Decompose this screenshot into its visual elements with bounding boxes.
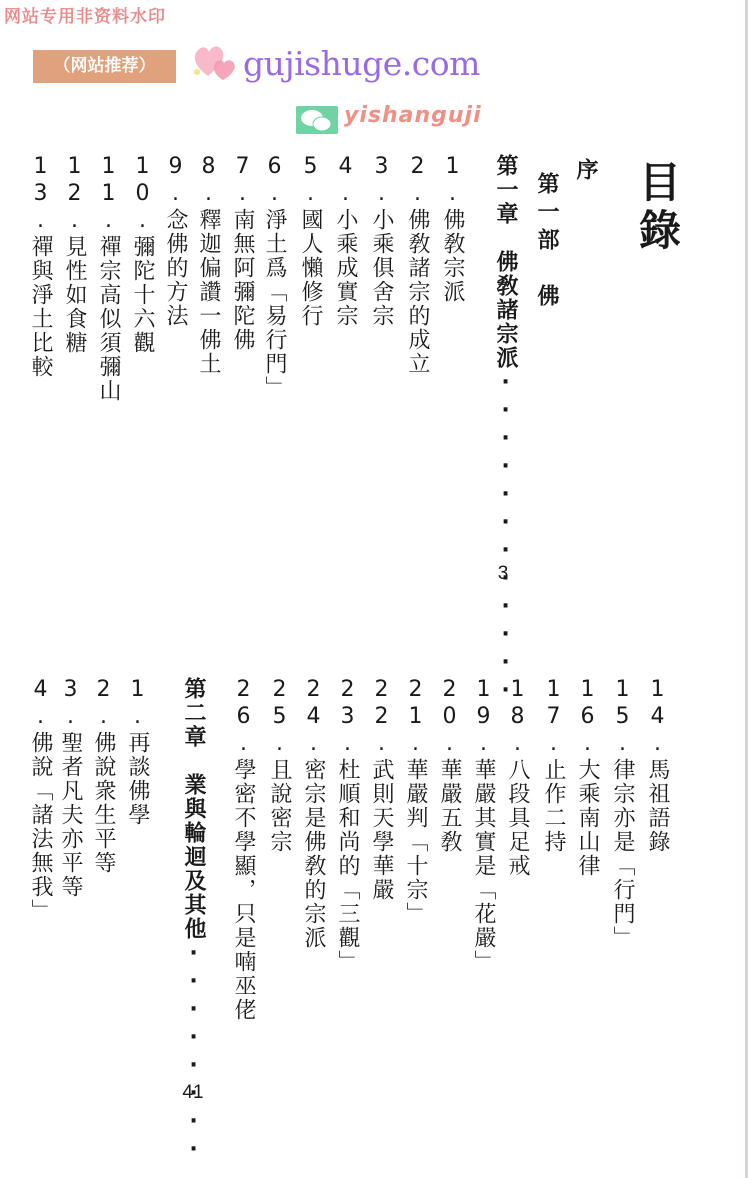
toc-item[interactable]: 14.馬祖語錄 (646, 677, 668, 854)
toc-item[interactable]: 17.止作二持 (542, 677, 564, 854)
toc-item[interactable]: 18.八段具足戒 (506, 677, 528, 878)
toc-item[interactable]: 20.華嚴五敎 (438, 677, 460, 854)
toc-item[interactable]: 16.大乘南山律 (576, 677, 598, 878)
toc-item[interactable]: 22.武則天學華嚴 (370, 677, 392, 902)
preface-entry[interactable]: 序 (574, 158, 596, 182)
toc-item[interactable]: 3.小乘俱舍宗 (370, 154, 392, 328)
leader-dots: ········ (181, 941, 206, 1165)
chapter1-page: 3 (498, 563, 509, 585)
watermark-text: 网站专用非资料水印 (4, 2, 166, 27)
toc-title: 目錄 (636, 160, 678, 256)
toc-item[interactable]: 6.淨土爲「易行門」 (263, 154, 285, 400)
hearts-icon (190, 38, 240, 82)
toc-item[interactable]: 1.再談佛學 (126, 677, 148, 827)
toc-item[interactable]: 10.彌陀十六觀 (131, 154, 153, 355)
chapter2-label: 第二章 業與輪迴及其他 (181, 677, 206, 941)
toc-item[interactable]: 5.國人懶修行 (299, 154, 321, 328)
toc-item[interactable]: 2.佛說衆生平等 (92, 677, 114, 875)
chapter1-label: 第一章 佛敎諸宗派 (493, 154, 518, 370)
chapter2-page: 41 (182, 1082, 203, 1104)
toc-item[interactable]: 9.念佛的方法 (164, 154, 186, 328)
toc-item[interactable]: 1.佛敎宗派 (441, 154, 463, 304)
toc-item[interactable]: 19.華嚴其實是「花嚴」 (472, 677, 494, 974)
recommend-badge: （网站推荐） (33, 50, 176, 83)
toc-item[interactable]: 2.佛敎諸宗的成立 (406, 154, 428, 376)
toc-item[interactable]: 4.佛說「諸法無我」 (29, 677, 51, 923)
toc-item[interactable]: 11.禪宗高似須彌山 (97, 154, 119, 403)
wechat-icon (296, 106, 338, 134)
toc-item[interactable]: 7.南無阿彌陀佛 (231, 154, 253, 352)
toc-item[interactable]: 12.見性如食糖 (63, 154, 85, 355)
toc-item[interactable]: 4.小乘成實宗 (334, 154, 356, 328)
toc-item[interactable]: 23.杜順和尚的「三觀」 (336, 677, 358, 974)
toc-item[interactable]: 25.且說密宗 (268, 677, 290, 854)
toc-item[interactable]: 21.華嚴判「十宗」 (404, 677, 426, 926)
site-link[interactable]: gujishuge.com (243, 44, 480, 83)
toc-item[interactable]: 15.律宗亦是「行門」 (611, 677, 633, 950)
leader-dots: ············ (493, 370, 518, 706)
wechat-handle: yishanguji (344, 103, 482, 128)
chapter1-heading[interactable]: 第一章 佛敎諸宗派············ (494, 154, 516, 706)
toc-item[interactable]: 3.聖者凡夫亦平等 (59, 677, 81, 899)
toc-item[interactable]: 26.學密不學顯，只是喃巫佬 (232, 677, 254, 1022)
toc-item[interactable]: 13.禪與淨土比較 (29, 154, 51, 379)
part1-heading: 第一部 佛 (535, 172, 557, 312)
toc-item[interactable]: 8.釋迦偏讚一佛土 (197, 154, 219, 376)
toc-item[interactable]: 24.密宗是佛敎的宗派 (302, 677, 324, 950)
